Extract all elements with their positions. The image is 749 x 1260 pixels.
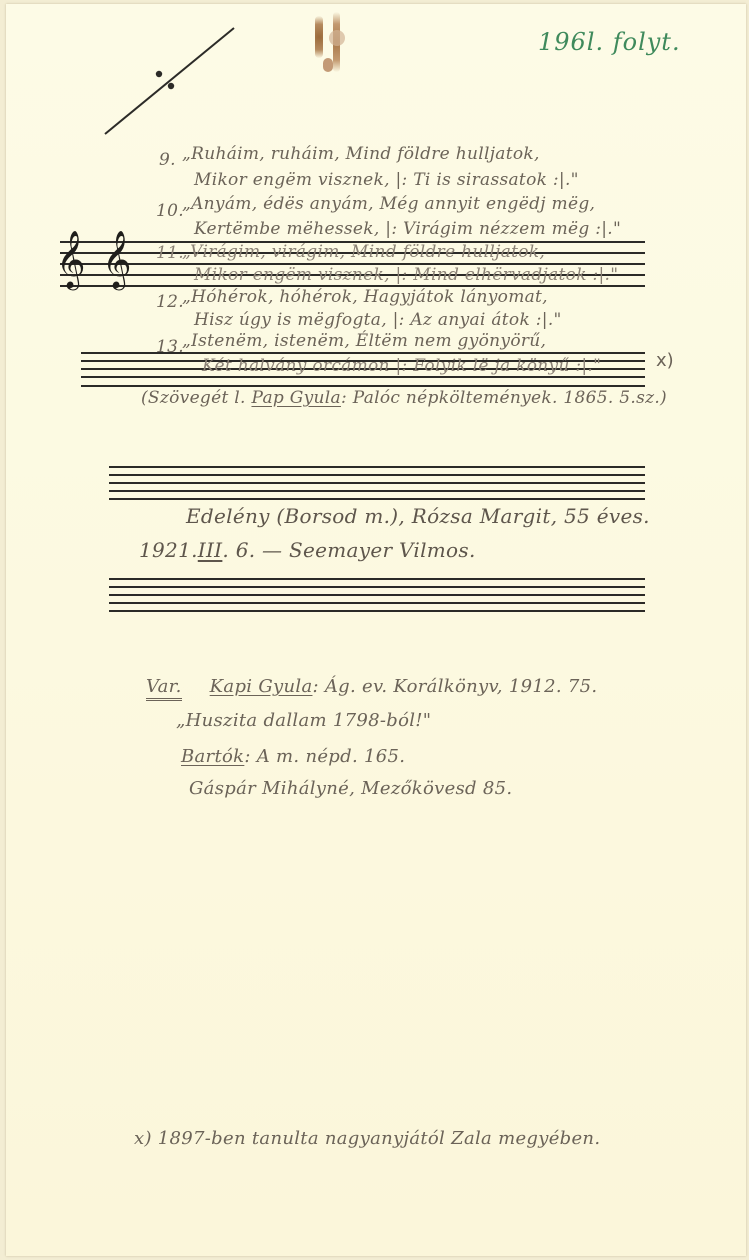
verse-9-line1: „Ruháim, ruháim, Mind földre hulljatok, bbox=[182, 144, 540, 164]
variant-3: Gáspár Mihályné, Mezőkövesd 85. bbox=[189, 778, 512, 799]
treble-clef-icon: 𝄞 bbox=[102, 234, 132, 284]
verse-9-line2: Mikor engëm visznek, |: Ti is sirassatok… bbox=[194, 170, 579, 190]
verse-13-line1: „Istenëm, istenëm, Éltëm nem gyönyörű, bbox=[182, 331, 546, 351]
collection-date-collector: 1921.III. 6. — Seemayer Vilmos. bbox=[139, 538, 476, 562]
variant-1: Var. Kapi Gyula: Ág. ev. Korálkönyv, 191… bbox=[146, 676, 597, 697]
verse-10-number: 10. bbox=[156, 201, 184, 221]
variant-1-author: Kapi Gyula bbox=[210, 676, 313, 697]
verse-12-number: 12. bbox=[156, 292, 184, 312]
source-note: (Szövegét l. Pap Gyula: Palóc népköltemé… bbox=[141, 388, 667, 408]
footnote: x) 1897-ben tanulta nagyanyjától Zala me… bbox=[134, 1128, 600, 1149]
verse-11-number: 11. bbox=[156, 243, 184, 263]
treble-clef-icon: 𝄞 bbox=[56, 234, 86, 284]
staff-4 bbox=[109, 578, 645, 614]
source-note-suffix: : Palóc népköltemények. 1865. 5.sz.) bbox=[341, 388, 667, 408]
verse-10-line1: „Anyám, édës anyám, Még annyit engëdj më… bbox=[182, 194, 595, 214]
reference-mark: 196l. folyt. bbox=[538, 28, 681, 56]
variants-label: Var. bbox=[146, 676, 182, 701]
staff-3 bbox=[109, 466, 645, 502]
verse-11-line1: „Virágim, virágim, Mind földre hulljatok… bbox=[182, 242, 545, 262]
verse-12-line1: „Hóhérok, hóhérok, Hagyjátok lányomat, bbox=[182, 287, 548, 307]
variant-2-author: Bartók bbox=[181, 746, 244, 767]
collection-year: 1921. bbox=[139, 538, 198, 562]
footnote-marker: x) bbox=[656, 350, 674, 371]
manuscript-page: 196l. folyt. 𝄞 𝄞 9. „Ruh bbox=[6, 4, 746, 1256]
verse-12-line2: Hisz úgy is mëgfogta, |: Az anyai átok :… bbox=[194, 310, 562, 330]
verse-13-line2: Két halvány orcámon |: Folyik lë ja köny… bbox=[202, 356, 601, 376]
source-note-prefix: (Szövegét l. bbox=[141, 388, 251, 408]
variant-2-source: : A m. népd. 165. bbox=[244, 746, 405, 767]
verse-11-line2: Mikor engëm visznek, |: Mind elhërvadjat… bbox=[194, 265, 618, 285]
variant-1-note: „Huszita dallam 1798-ból!" bbox=[176, 710, 431, 731]
collection-location: Edelény (Borsod m.), Rózsa Margit, 55 év… bbox=[186, 504, 650, 528]
collection-month: III bbox=[198, 538, 223, 562]
collection-rest: . 6. — Seemayer Vilmos. bbox=[222, 538, 475, 562]
repeat-measure-sign bbox=[101, 24, 241, 144]
verse-10-line2: Kertëmbe mëhessek, |: Virágim nézzem mëg… bbox=[194, 219, 621, 239]
source-note-author: Pap Gyula bbox=[251, 388, 341, 408]
variant-1-source: : Ág. ev. Korálkönyv, 1912. 75. bbox=[312, 676, 597, 697]
variant-2: Bartók: A m. népd. 165. bbox=[181, 746, 405, 767]
verse-13-number: 13. bbox=[156, 337, 184, 357]
ink-stain bbox=[311, 12, 351, 82]
verse-9-number: 9. bbox=[159, 150, 176, 170]
